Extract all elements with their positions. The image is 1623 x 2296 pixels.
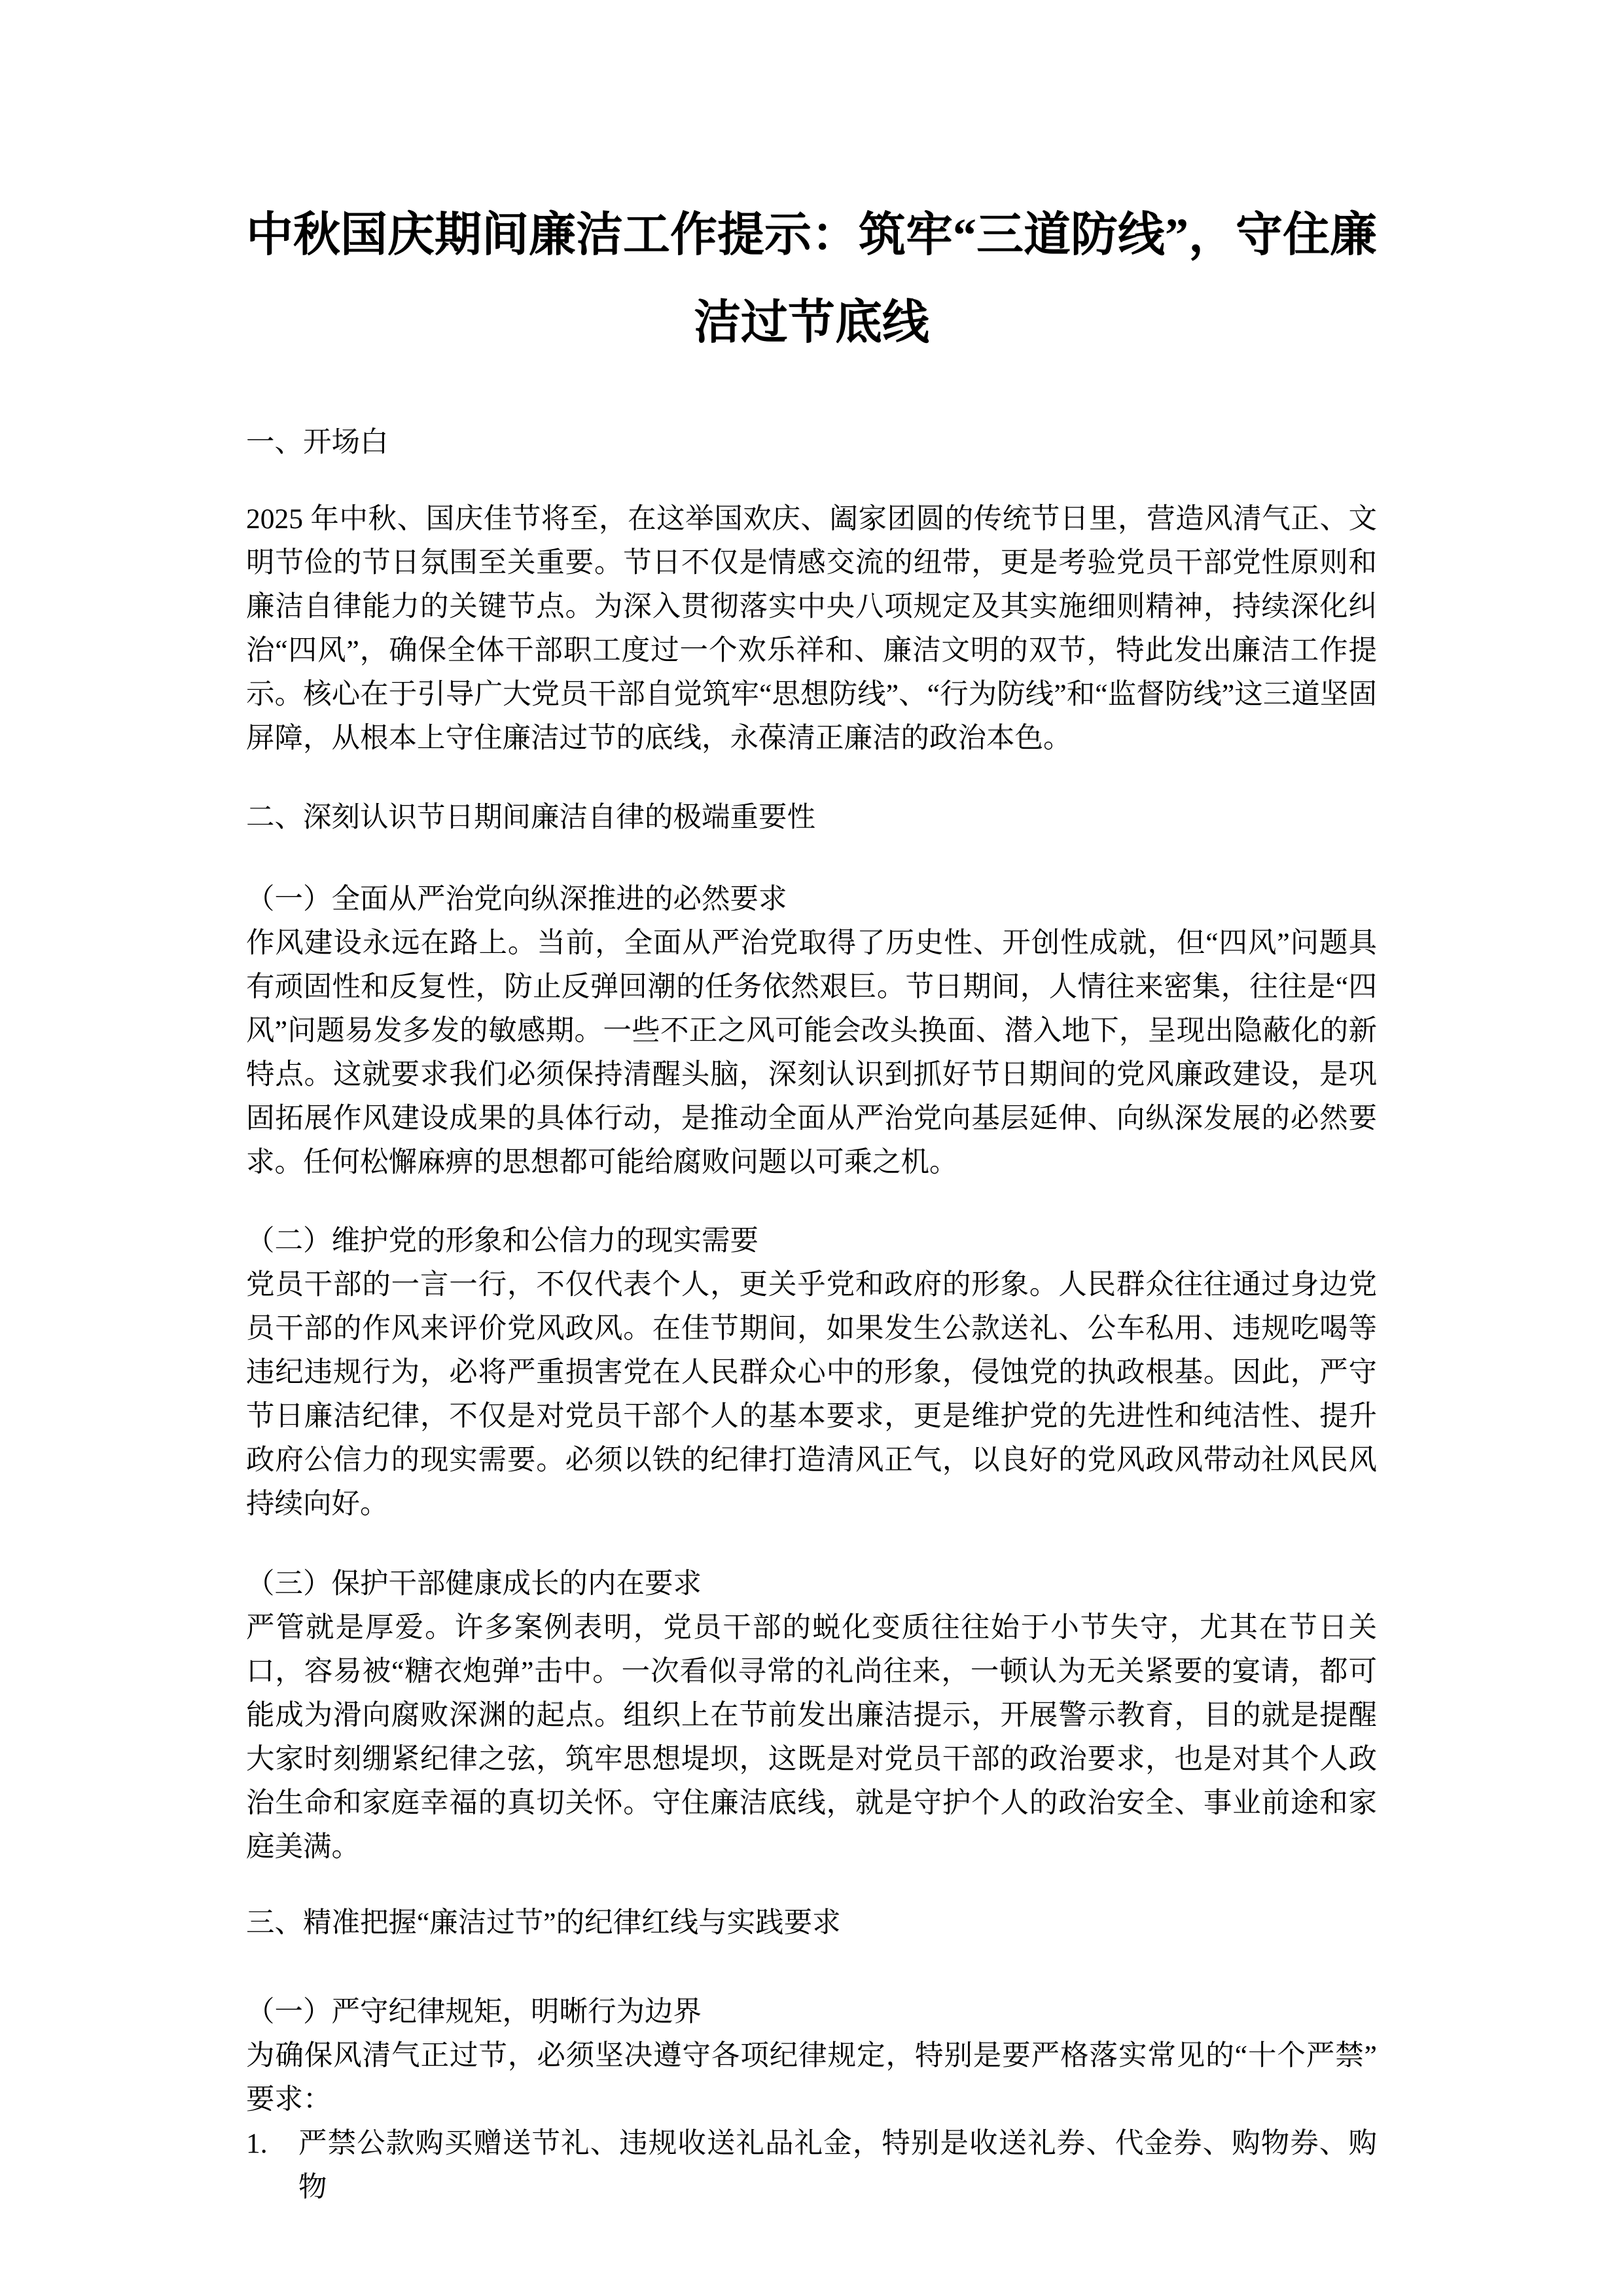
paragraph-cadre-growth: 严管就是厚爱。许多案例表明，党员干部的蜕化变质往往始于小节失守，尤其在节日关口，… (246, 1606, 1377, 1869)
subheading-discipline-rules: （一）严守纪律规矩，明晰行为边界 (246, 1990, 1377, 2034)
list-item-prohibition-1: 1. 严禁公款购买赠送节礼、违规收送礼品礼金，特别是收送礼券、代金券、购物券、购… (246, 2122, 1377, 2210)
subheading-party-image: （二）维护党的形象和公信力的现实需要 (246, 1219, 1377, 1263)
section-heading-importance: 二、深刻认识节日期间廉洁自律的极端重要性 (246, 796, 1377, 840)
subheading-party-governance: （一）全面从严治党向纵深推进的必然要求 (246, 878, 1377, 922)
paragraph-opening: 2025 年中秋、国庆佳节将至，在这举国欢庆、阖家团圆的传统节日里，营造风清气正… (246, 497, 1377, 761)
document-content: 中秋国庆期间廉洁工作提示：筑牢“三道防线”，守住廉洁过节底线 一、开场白 202… (246, 0, 1377, 2210)
document-page: 中秋国庆期间廉洁工作提示：筑牢“三道防线”，守住廉洁过节底线 一、开场白 202… (0, 0, 1623, 2296)
list-item-text: 严禁公款购买赠送节礼、违规收送礼品礼金，特别是收送礼券、代金券、购物券、购物 (298, 2122, 1377, 2210)
doc-title: 中秋国庆期间廉洁工作提示：筑牢“三道防线”，守住廉洁过节底线 (246, 191, 1377, 367)
paragraph-discipline-rules: 为确保风清气正过节，必须坚决遵守各项纪律规定，特别是要严格落实常见的“十个严禁”… (246, 2034, 1377, 2122)
subheading-cadre-growth: （三）保护干部健康成长的内在要求 (246, 1562, 1377, 1606)
section-heading-opening: 一、开场白 (246, 421, 1377, 465)
paragraph-party-image: 党员干部的一言一行，不仅代表个人，更关乎党和政府的形象。人民群众往往通过身边党员… (246, 1263, 1377, 1526)
section-heading-discipline-redline: 三、精准把握“廉洁过节”的纪律红线与实践要求 (246, 1901, 1377, 1945)
paragraph-party-governance: 作风建设永远在路上。当前，全面从严治党取得了历史性、开创性成就，但“四风”问题具… (246, 922, 1377, 1185)
list-item-number: 1. (246, 2122, 298, 2166)
